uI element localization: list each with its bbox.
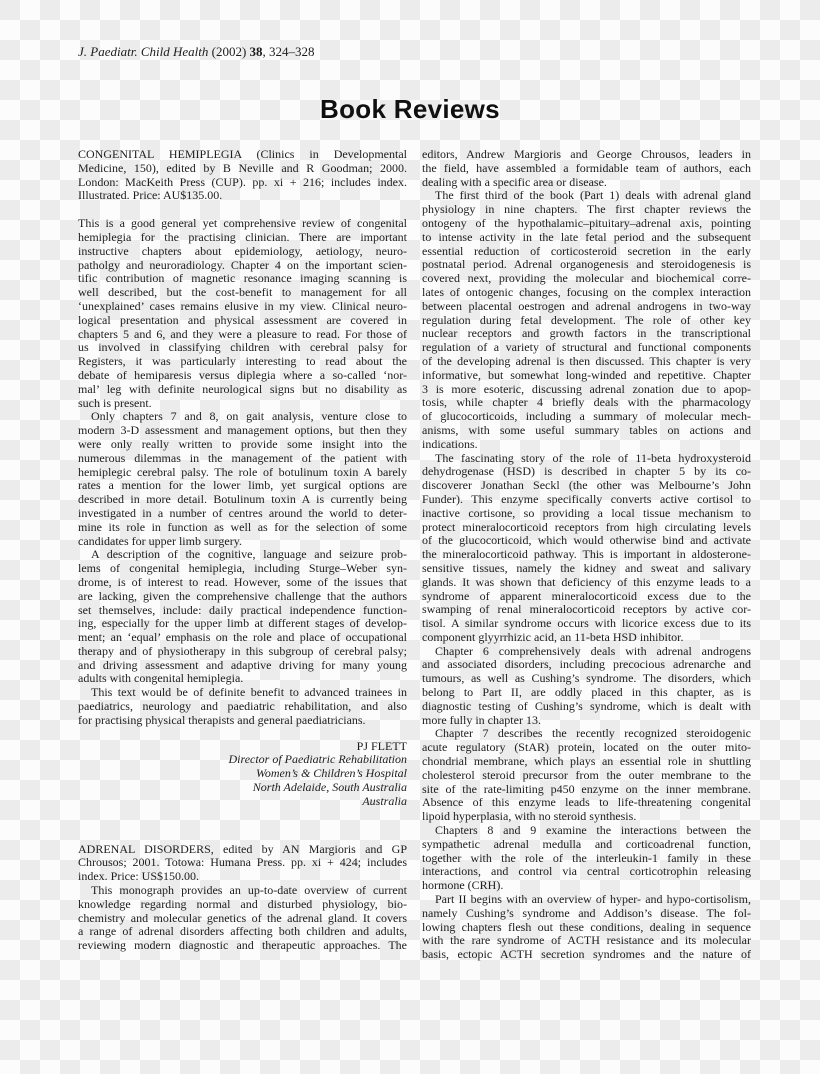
left-column: CONGENITAL HEMIPLEGIA (Clinics in Develo… <box>78 148 407 962</box>
text-line: Chapters 8 and 9 examine the interaction… <box>422 824 751 838</box>
text-line: sensitive tissues, namely the kidney and… <box>422 562 751 576</box>
text-line: tosis, while chapter 4 briefly deals wit… <box>422 396 751 410</box>
text-line: physiology in nine chapters. The first c… <box>422 203 751 217</box>
signature-line: Women’s & Children’s Hospital <box>78 767 407 781</box>
text-line: chapters 5 and 6, and they were a pleasu… <box>78 328 407 342</box>
text-line: of the glucocorticoid, which would other… <box>422 534 751 548</box>
text-line: instructive chapters about epidemiology,… <box>78 245 407 259</box>
text-line: Absence of this enzyme leads to life-thr… <box>422 796 751 810</box>
text-line: lipoid hyperplasia, with no steroid synt… <box>422 810 751 824</box>
text-line: anisms, with some useful summary tables … <box>422 424 751 438</box>
text-line: lowing chapters flesh out these conditio… <box>422 921 751 935</box>
text-line: rates a mention for the lower limb, yet … <box>78 479 407 493</box>
page-title: Book Reviews <box>0 94 820 125</box>
text-line: acute regulatory (StAR) protein, located… <box>422 741 751 755</box>
scanned-page-background: { "colors":{ "checker_gray":"#ececec", "… <box>0 0 820 1074</box>
text-line: belong to Part II, are oddly placed in t… <box>422 686 751 700</box>
signature-line: Australia <box>78 795 407 809</box>
text-line: CONGENITAL HEMIPLEGIA (Clinics in Develo… <box>78 148 407 162</box>
text-line: site of the rate-limiting p450 enzyme on… <box>422 783 751 797</box>
text-line: regulation during fetal development. The… <box>422 314 751 328</box>
text-line: syndrome of apparent mineralocorticoid e… <box>422 590 751 604</box>
text-line: 3 is more esoteric, discussing adrenal z… <box>422 383 751 397</box>
text-line: set themselves, include: daily practical… <box>78 604 407 618</box>
text-line: therapy and of physiotherapy in this sub… <box>78 645 407 659</box>
text-line: Registers, it was particularly interesti… <box>78 355 407 369</box>
text-line: The fascinating story of the role of 11-… <box>422 452 751 466</box>
text-line: the mineralocorticoid pathway. This is i… <box>422 548 751 562</box>
text-line: postnatal period. Adrenal organogenesis … <box>422 258 751 272</box>
text-line: lates of ontogenic changes, focusing on … <box>422 286 751 300</box>
text-line: between placental oestrogen and adrenal … <box>422 300 751 314</box>
text-line: swamping of renal mineralocorticoid rece… <box>422 603 751 617</box>
signature-line: North Adelaide, South Australia <box>78 781 407 795</box>
text-line: discoverer Jonathan Seckl (the other was… <box>422 479 751 493</box>
text-line: chondrial membrane, which plays an essen… <box>422 755 751 769</box>
text-line: glands. It was shown that deficiency of … <box>422 576 751 590</box>
text-line: Funder). This enzyme specifically conver… <box>422 493 751 507</box>
text-line: protect mineralocorticoid receptors from… <box>422 521 751 535</box>
text-line: The first third of the book (Part 1) dea… <box>422 189 751 203</box>
text-line: paediatrics, neurology and paediatric re… <box>78 700 407 714</box>
text-line: knowledge regarding normal and disturbed… <box>78 898 407 912</box>
text-line: ontogeny of the hypothalamic–pituitary–a… <box>422 217 751 231</box>
vertical-spacer <box>78 203 407 217</box>
text-line: modern 3-D assessment and management opt… <box>78 424 407 438</box>
text-line: adults with congenital hemiplegia. <box>78 672 407 686</box>
text-line: were only really written to provide some… <box>78 438 407 452</box>
text-line: namely Cushing’s syndrome and Addison’s … <box>422 907 751 921</box>
paragraph: editors, Andrew Margioris and George Chr… <box>422 148 751 189</box>
text-line: ment; an ‘equal’ emphasis on the role an… <box>78 631 407 645</box>
text-line: ing, especially for the upper limb at di… <box>78 617 407 631</box>
journal-volume: 38 <box>250 44 263 59</box>
two-column-body: CONGENITAL HEMIPLEGIA (Clinics in Develo… <box>78 148 751 962</box>
text-line: more fully in chapter 13. <box>422 714 751 728</box>
text-line: such is present. <box>78 397 407 411</box>
text-line: hemiplegia for the practising clinician.… <box>78 231 407 245</box>
text-line: reviewing modern diagnostic and therapeu… <box>78 939 407 953</box>
text-line: debate of hemiparesis versus diplegia wh… <box>78 369 407 383</box>
text-line: dealing with a specific area or disease. <box>422 176 751 190</box>
paragraph: Part II begins with an overview of hyper… <box>422 893 751 962</box>
text-line: to intense activity in the late fetal pe… <box>422 231 751 245</box>
paragraph: This text would be of definite benefit t… <box>78 686 407 727</box>
paragraph: A description of the cognitive, language… <box>78 548 407 686</box>
text-line: Chapter 6 comprehensively deals with adr… <box>422 645 751 659</box>
text-line: diagnostic testing of Cushing’s syndrome… <box>422 700 751 714</box>
text-line: described in more detail. Botulinum toxi… <box>78 493 407 507</box>
signature-line: PJ FLETT <box>78 740 407 754</box>
text-line: covered next, providing the molecular an… <box>422 272 751 286</box>
text-line: index. Price: US$150.00. <box>78 870 407 884</box>
journal-pages: , 324–328 <box>263 44 315 59</box>
text-line: editors, Andrew Margioris and George Chr… <box>422 148 751 162</box>
text-line: well described, but the cost-benefit to … <box>78 286 407 300</box>
text-line: This monograph provides an up-to-date ov… <box>78 884 407 898</box>
paragraph: This is a good general yet comprehensive… <box>78 217 407 410</box>
text-line: nuclear receptors and growth factors in … <box>422 327 751 341</box>
text-line: tific contribution of magnetic resonance… <box>78 272 407 286</box>
paragraph: Chapter 6 comprehensively deals with adr… <box>422 645 751 728</box>
text-line: patholgy and neuroradiology. Chapter 4 o… <box>78 259 407 273</box>
text-line: are lacking, given the comprehensive cha… <box>78 590 407 604</box>
text-line: together with the role of the interleuki… <box>422 852 751 866</box>
text-line: candidates for upper limb surgery. <box>78 535 407 549</box>
text-line: investigated in a number of centres arou… <box>78 507 407 521</box>
text-line: This text would be of definite benefit t… <box>78 686 407 700</box>
text-line: regulation of a variety of structural an… <box>422 341 751 355</box>
journal-header: J. Paediatr. Child Health (2002) 38, 324… <box>78 44 315 60</box>
text-line: Illustrated. Price: AU$135.00. <box>78 189 407 203</box>
paragraph: The first third of the book (Part 1) dea… <box>422 189 751 451</box>
text-line: Medicine, 150), edited by B Neville and … <box>78 162 407 176</box>
vertical-spacer <box>78 809 407 843</box>
vertical-spacer <box>78 728 407 740</box>
text-line: essential reduction of corticosteroid se… <box>422 245 751 259</box>
text-line: A description of the cognitive, language… <box>78 548 407 562</box>
text-line: numerous dilemmas in the management of t… <box>78 452 407 466</box>
text-line: tisol. A similar syndrome occurs with li… <box>422 617 751 631</box>
text-line: hemiplegic cerebral palsy. The role of b… <box>78 466 407 480</box>
text-line: cholesterol steroid precursor from the o… <box>422 769 751 783</box>
text-line: London: MacKeith Press (CUP). pp. xi + 2… <box>78 176 407 190</box>
signature-line: Director of Paediatric Rehabilitation <box>78 753 407 767</box>
text-line: basis, ectopic ACTH secretion syndromes … <box>422 948 751 962</box>
text-line: chemistry and molecular genetics of the … <box>78 912 407 926</box>
text-line: ‘unexplained’ cases remains elusive in m… <box>78 300 407 314</box>
text-line: hormone (CRH). <box>422 879 751 893</box>
paragraph: This monograph provides an up-to-date ov… <box>78 884 407 953</box>
text-line: drome, is of interest to read. However, … <box>78 576 407 590</box>
paragraph: Chapters 8 and 9 examine the interaction… <box>422 824 751 893</box>
text-line: and associated disorders, including prec… <box>422 658 751 672</box>
text-line: component glyyrrhizic acid, an 11-beta H… <box>422 631 751 645</box>
text-line: inactive cortisone, so providing a local… <box>422 507 751 521</box>
text-line: of glucocorticoids, including a summary … <box>422 410 751 424</box>
text-line: with the rare syndrome of ACTH resistanc… <box>422 934 751 948</box>
book-citation: ADRENAL DISORDERS, edited by AN Margiori… <box>78 843 407 884</box>
text-line: tumours, as well as Cushing’s syndrome. … <box>422 672 751 686</box>
text-line: dehydrogenase (HSD) is described in chap… <box>422 465 751 479</box>
text-line: interactions, and control via central co… <box>422 865 751 879</box>
text-line: for practising physical therapists and g… <box>78 714 407 728</box>
text-line: and driving assessment and adaptive driv… <box>78 659 407 673</box>
text-line: of the developing adrenal is then discus… <box>422 355 751 369</box>
scanned-journal-page: J. Paediatr. Child Health (2002) 38, 324… <box>0 0 820 1074</box>
text-line: lems of congenital hemiplegia, including… <box>78 562 407 576</box>
text-line: Chapter 7 describes the recently recogni… <box>422 727 751 741</box>
text-line: sympathetic adrenal medulla and corticoa… <box>422 838 751 852</box>
paragraph: Chapter 7 describes the recently recogni… <box>422 727 751 824</box>
text-line: mal’ leg with definite neurological sign… <box>78 383 407 397</box>
text-line: the field, have assembled a formidable t… <box>422 162 751 176</box>
signature-block: PJ FLETTDirector of Paediatric Rehabilit… <box>78 740 407 809</box>
text-line: This is a good general yet comprehensive… <box>78 217 407 231</box>
text-line: informative, but somewhat long-winded an… <box>422 369 751 383</box>
text-line: mine its role in function as well as for… <box>78 521 407 535</box>
text-line: us involved in classifying children with… <box>78 341 407 355</box>
text-line: ADRENAL DISORDERS, edited by AN Margiori… <box>78 843 407 857</box>
paragraph: Only chapters 7 and 8, on gait analysis,… <box>78 410 407 548</box>
text-line: indications. <box>422 438 751 452</box>
journal-name: J. Paediatr. Child Health <box>78 44 208 59</box>
text-line: Part II begins with an overview of hyper… <box>422 893 751 907</box>
journal-year: (2002) <box>208 44 249 59</box>
text-line: a range of adrenal disorders affecting b… <box>78 925 407 939</box>
text-line: Chrousos; 2001. Totowa: Humana Press. pp… <box>78 856 407 870</box>
text-line: logical presentation and physical assess… <box>78 314 407 328</box>
right-column: editors, Andrew Margioris and George Chr… <box>422 148 751 962</box>
book-citation: CONGENITAL HEMIPLEGIA (Clinics in Develo… <box>78 148 407 203</box>
text-line: Only chapters 7 and 8, on gait analysis,… <box>78 410 407 424</box>
paragraph: The fascinating story of the role of 11-… <box>422 452 751 645</box>
